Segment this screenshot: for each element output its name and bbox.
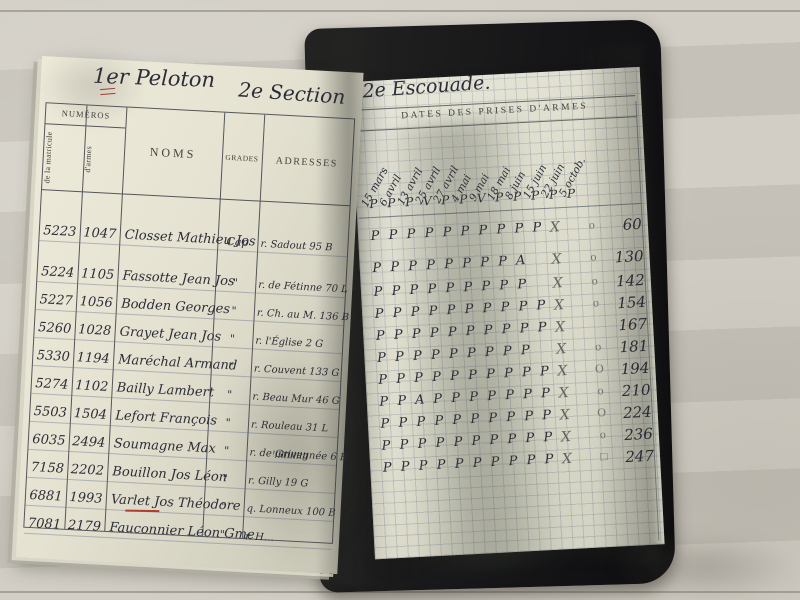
presence-mark: X: [552, 341, 571, 358]
presence-mark: P: [532, 298, 551, 314]
cell-adresse: r. Beau Mur 46 G: [252, 391, 340, 407]
cell-armes: 1028: [76, 322, 113, 339]
row-total: 130: [599, 247, 644, 267]
presence-mark: X: [551, 319, 570, 336]
presence-mark: P: [492, 222, 511, 238]
cell-grade: ": [204, 527, 241, 542]
cell-nom: Bailly Lambert: [116, 380, 214, 400]
presence-mark: P: [427, 369, 446, 385]
presence-mark: P: [442, 303, 461, 319]
presence-mark: P: [439, 257, 458, 273]
cell-matricule: 7081: [26, 516, 63, 533]
cell-matricule: 5224: [39, 264, 76, 281]
presence-mark: P: [512, 277, 531, 293]
presence-mark: P: [366, 228, 385, 244]
right-page: 2e Escouade. DATES DES PRISES D'ARMES 15…: [350, 67, 665, 560]
presence-mark: P: [462, 346, 481, 362]
left-page: 1er Peloton 2e Section NUMÉROS de la mat…: [16, 56, 364, 574]
header-numeros: NUMÉROS: [46, 107, 126, 121]
presence-mark: P: [414, 458, 433, 474]
dates-header: DATES DES PRISES D'ARMES: [353, 95, 636, 132]
presence-mark: P: [369, 284, 388, 300]
presence-mark: P: [388, 305, 407, 321]
cell-adresse: r. Sadout 95 B: [260, 239, 333, 254]
presence-mark: P: [536, 386, 555, 402]
row-total: 60: [597, 215, 642, 235]
presence-mark: P: [486, 454, 505, 470]
presence-mark: A: [511, 253, 530, 269]
cell-grade: ": [216, 303, 253, 318]
presence-mark: P: [432, 457, 451, 473]
presence-mark: P: [464, 389, 483, 405]
presence-mark: P: [517, 365, 536, 381]
header-noms: NOMS: [124, 143, 223, 163]
presence-mark: P: [456, 224, 475, 240]
presence-mark: P: [373, 372, 392, 388]
presence-mark: P: [372, 350, 391, 366]
cell-matricule: 7158: [29, 460, 66, 477]
presence-mark: P: [445, 368, 464, 384]
presence-mark: P: [535, 364, 554, 380]
cell-armes: 1056: [78, 294, 115, 311]
ledger-row: 52231047Closset Mathieu JosCapr. Sadout …: [39, 211, 348, 257]
presence-mark: P: [501, 410, 520, 426]
cell-matricule: 5223: [41, 223, 78, 240]
cell-armes: 1504: [72, 406, 109, 423]
presence-mark: P: [514, 299, 533, 315]
cell-adresse: r. Ch. au M. 136 B: [257, 308, 350, 324]
presence-mark: P: [409, 370, 428, 386]
header-armes: d'armes: [82, 128, 125, 191]
cell-adresse: r. Couvent 133 G: [254, 364, 340, 379]
cell-matricule: 6035: [31, 432, 68, 449]
presence-mark: P: [371, 328, 390, 344]
roster-table: NUMÉROS de la matricule d'armes NOMS GRA…: [23, 102, 355, 544]
presence-mark: P: [528, 220, 547, 236]
presence-mark: X: [545, 219, 564, 236]
cell-armes: 2179: [66, 518, 103, 535]
cell-armes: 2494: [70, 434, 107, 451]
cell-adresse: r. Rouleau 31 L: [251, 419, 329, 434]
presence-mark: P: [426, 347, 445, 363]
presence-mark: P: [496, 300, 515, 316]
presence-mark: P: [465, 411, 484, 427]
cell-armes: 1993: [68, 490, 105, 507]
cell-adresse: r. de Fétinne 70 L: [258, 280, 348, 296]
presence-mark: P: [374, 394, 393, 410]
presence-mark: P: [468, 455, 487, 471]
presence-mark: P: [392, 393, 411, 409]
row-total: 167: [603, 315, 648, 335]
cell-grade: Cap: [219, 235, 256, 250]
cell-grade: ": [211, 387, 248, 402]
header-matricule: de la matricule: [42, 126, 85, 189]
roster-rows: 52231047Closset Mathieu JosCapr. Sadout …: [24, 189, 350, 550]
presence-mark: P: [522, 453, 541, 469]
cell-grade: ": [217, 275, 254, 290]
presence-mark: P: [518, 387, 537, 403]
presence-mark: X: [553, 363, 572, 380]
cell-adresse: r. Gilly 19 G: [248, 475, 309, 489]
cell-grade: ": [205, 499, 242, 514]
photo-wood-table: 1er Peloton 2e Section NUMÉROS de la mat…: [0, 0, 800, 600]
presence-mark: P: [408, 348, 427, 364]
presence-mark: P: [540, 452, 559, 468]
presence-mark: P: [387, 283, 406, 299]
cell-adresse: r. H…: [245, 531, 274, 543]
cell-matricule: 5503: [32, 404, 69, 421]
presence-mark: P: [461, 324, 480, 340]
presence-mark: P: [412, 414, 431, 430]
presence-mark: X: [550, 297, 569, 314]
presence-mark: P: [485, 432, 504, 448]
presence-mark: P: [519, 409, 538, 425]
left-page-title-section: 2e Section: [238, 77, 346, 108]
cell-matricule: 6881: [28, 488, 65, 505]
presence-mark: P: [499, 366, 518, 382]
presence-mark: P: [463, 368, 482, 384]
presence-mark: X: [556, 429, 575, 446]
cell-adresse: r. l'Église 2 G: [255, 336, 323, 351]
red-underline-mark: [100, 88, 115, 95]
cell-armes: 1047: [81, 225, 118, 242]
presence-mark: P: [444, 347, 463, 363]
row-total: 236: [608, 425, 653, 445]
presence-mark: X: [547, 251, 566, 268]
attendance-row: PPPPPPPPPPXo60: [358, 215, 649, 248]
presence-mark: P: [394, 415, 413, 431]
presence-mark: P: [384, 227, 403, 243]
presence-mark: P: [421, 258, 440, 274]
cell-matricule: 5330: [35, 348, 72, 365]
presence-mark: P: [438, 225, 457, 241]
presence-mark: P: [391, 371, 410, 387]
cell-nom: Lefort François: [115, 408, 217, 428]
presence-mark: P: [498, 344, 517, 360]
cell-armes: 2202: [69, 462, 106, 479]
presence-mark: P: [483, 411, 502, 427]
row-total: 154: [601, 293, 646, 313]
cell-matricule: 5260: [36, 320, 73, 337]
presence-mark: P: [449, 434, 468, 450]
presence-mark: P: [500, 388, 519, 404]
cell-adresse: q. Lonneux 100 B: [246, 503, 336, 519]
presence-mark: P: [467, 433, 486, 449]
presence-mark: X: [554, 385, 573, 402]
presence-mark: P: [378, 460, 397, 476]
presence-mark: P: [479, 323, 498, 339]
presence-mark: P: [446, 390, 465, 406]
header-mark: P: [562, 186, 581, 203]
row-total: 181: [604, 337, 649, 357]
presence-mark: P: [441, 281, 460, 297]
presence-mark: X: [548, 275, 567, 292]
presence-mark: P: [403, 259, 422, 275]
presence-mark: P: [385, 259, 404, 275]
presence-mark: P: [402, 227, 421, 243]
header-adresses: ADRESSES: [262, 155, 352, 171]
cell-nom: Soumagne Max: [113, 436, 216, 456]
presence-mark: P: [503, 432, 522, 448]
cell-armes: 1102: [73, 378, 110, 395]
presence-mark: P: [478, 301, 497, 317]
presence-mark: X: [558, 451, 577, 468]
presence-mark: P: [459, 280, 478, 296]
row-total: 210: [606, 381, 651, 401]
presence-mark: P: [405, 282, 424, 298]
cell-grade: ": [210, 415, 247, 430]
row-total: 247: [610, 447, 655, 467]
presence-mark: P: [475, 255, 494, 271]
cell-grade: ": [208, 443, 245, 458]
presence-mark: P: [477, 279, 496, 295]
presence-mark: P: [493, 254, 512, 270]
presence-mark: P: [516, 343, 535, 359]
cell-matricule: 5227: [38, 292, 75, 309]
presence-mark: P: [480, 345, 499, 361]
cell-grade: ": [213, 359, 250, 374]
cell-grade: ": [214, 331, 251, 346]
presence-mark: P: [521, 431, 540, 447]
cell-armes: 1194: [75, 350, 112, 367]
presence-mark: P: [420, 226, 439, 242]
presence-mark: P: [429, 413, 448, 429]
presence-mark: P: [539, 430, 558, 446]
presence-mark: P: [450, 456, 469, 472]
presence-mark: P: [515, 321, 534, 337]
presence-mark: X: [555, 407, 574, 424]
presence-mark: P: [376, 416, 395, 432]
presence-mark: P: [460, 302, 479, 318]
presence-mark: P: [406, 304, 425, 320]
wood-plank-seam: [0, 10, 800, 12]
presence-mark: P: [510, 221, 529, 237]
presence-mark: P: [423, 282, 442, 298]
presence-mark: P: [407, 326, 426, 342]
cell-nom: Bodden Georges: [121, 296, 231, 317]
wood-plank-seam: [0, 591, 800, 593]
presence-mark: P: [428, 391, 447, 407]
presence-mark: P: [413, 436, 432, 452]
presence-mark: P: [504, 454, 523, 470]
presence-mark: P: [425, 325, 444, 341]
cell-nom: Grayet Jean Jos: [119, 324, 221, 344]
presence-mark: P: [395, 437, 414, 453]
header-grades: GRADES: [222, 153, 262, 164]
presence-mark: P: [431, 435, 450, 451]
presence-mark: P: [482, 389, 501, 405]
presence-mark: P: [481, 367, 500, 383]
row-total: 142: [600, 271, 645, 291]
presence-mark: P: [389, 327, 408, 343]
cell-armes: 1105: [79, 266, 116, 283]
presence-mark: P: [424, 304, 443, 320]
cell-grade: ": [207, 471, 244, 486]
cell-matricule: 5274: [33, 376, 70, 393]
presence-mark: A: [410, 392, 429, 408]
presence-mark: P: [474, 223, 493, 239]
row-total: 194: [605, 359, 650, 379]
presence-mark: P: [497, 322, 516, 338]
presence-mark: P: [396, 459, 415, 475]
presence-mark: P: [537, 408, 556, 424]
row-total: 224: [607, 403, 652, 423]
presence-mark: P: [457, 256, 476, 272]
presence-mark: P: [390, 349, 409, 365]
presence-mark: P: [494, 278, 513, 294]
presence-mark: P: [447, 412, 466, 428]
presence-mark: P: [443, 325, 462, 341]
presence-mark: P: [367, 260, 386, 276]
presence-mark: P: [370, 306, 389, 322]
presence-mark: P: [533, 320, 552, 336]
presence-mark: P: [377, 438, 396, 454]
